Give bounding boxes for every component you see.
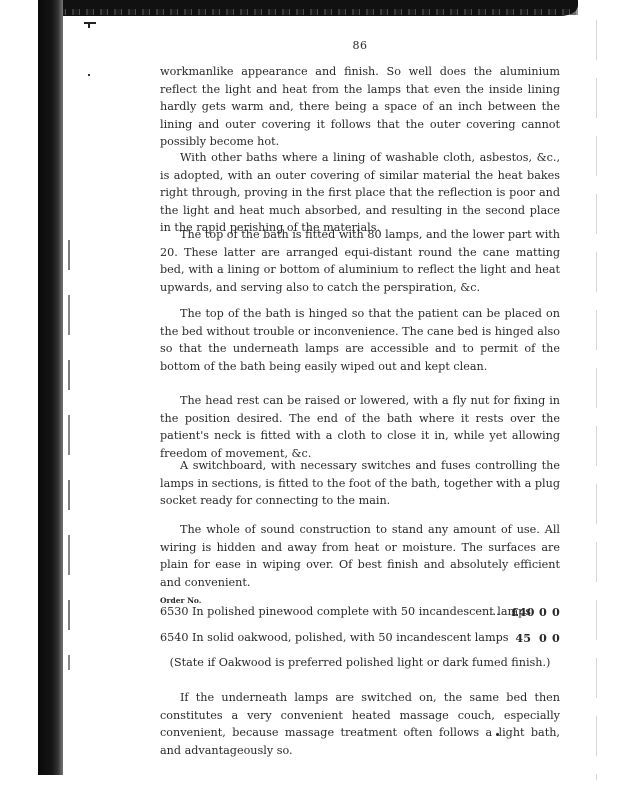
paragraph-construction: The whole of sound construction to stand…: [160, 521, 560, 591]
paragraph-continuation: workmanlike appearance and finish. So we…: [160, 63, 560, 151]
paragraph-text: A switchboard, with necessary switches a…: [160, 459, 560, 507]
order-description: In polished pinewood complete with 50 in…: [192, 605, 531, 618]
order-note: (State if Oakwood is preferred polished …: [160, 656, 560, 669]
price-pounds: 45: [511, 631, 531, 645]
dot-leader: ...: [489, 631, 500, 644]
order-row: 6540 In solid oakwood, polished, with 50…: [160, 631, 558, 649]
price-shillings: 0: [539, 631, 547, 645]
price-shillings: 0: [539, 605, 547, 619]
paragraph-text: workmanlike appearance and finish. So we…: [160, 65, 560, 148]
page-number: 86: [160, 39, 560, 52]
order-number-label: Order No.: [160, 596, 201, 605]
price-pence: 0: [552, 631, 560, 645]
scan-right-edge-line: [596, 20, 597, 780]
scan-speck: [88, 74, 90, 76]
paragraph-text: If the underneath lamps are switched on,…: [160, 691, 560, 757]
paragraph-text: The head rest can be raised or lowered, …: [160, 394, 560, 460]
paragraph-massage-couch: If the underneath lamps are switched on,…: [160, 689, 560, 759]
paragraph-lamps: The top of the bath is fitted with 80 la…: [160, 226, 560, 296]
price-pounds: £40: [511, 605, 531, 619]
paragraph-text: The top of the bath is hinged so that th…: [160, 307, 560, 373]
paragraph-switchboard: A switchboard, with necessary switches a…: [160, 457, 560, 510]
order-row: 6530 In polished pinewood complete with …: [160, 605, 558, 623]
paragraph-text: The whole of sound construction to stand…: [160, 523, 560, 589]
scan-page-edge-line: [68, 240, 70, 670]
price-pence: 0: [552, 605, 560, 619]
paragraph-other-baths: With other baths where a lining of washa…: [160, 149, 560, 237]
order-description: In solid oakwood, polished, with 50 inca…: [192, 631, 508, 644]
order-number: 6530: [160, 605, 188, 618]
dot-leader: ...: [489, 605, 500, 618]
paragraph-text: With other baths where a lining of washa…: [160, 151, 560, 234]
paragraph-head-rest: The head rest can be raised or lowered, …: [160, 392, 560, 462]
scan-speck: [496, 733, 499, 736]
paragraph-hinged-top: The top of the bath is hinged so that th…: [160, 305, 560, 375]
scan-shadow-left: [38, 0, 63, 775]
paragraph-text: The top of the bath is fitted with 80 la…: [160, 228, 560, 294]
order-number: 6540: [160, 631, 188, 644]
scan-shadow-top: [38, 0, 578, 16]
scan-mark: [84, 22, 96, 24]
